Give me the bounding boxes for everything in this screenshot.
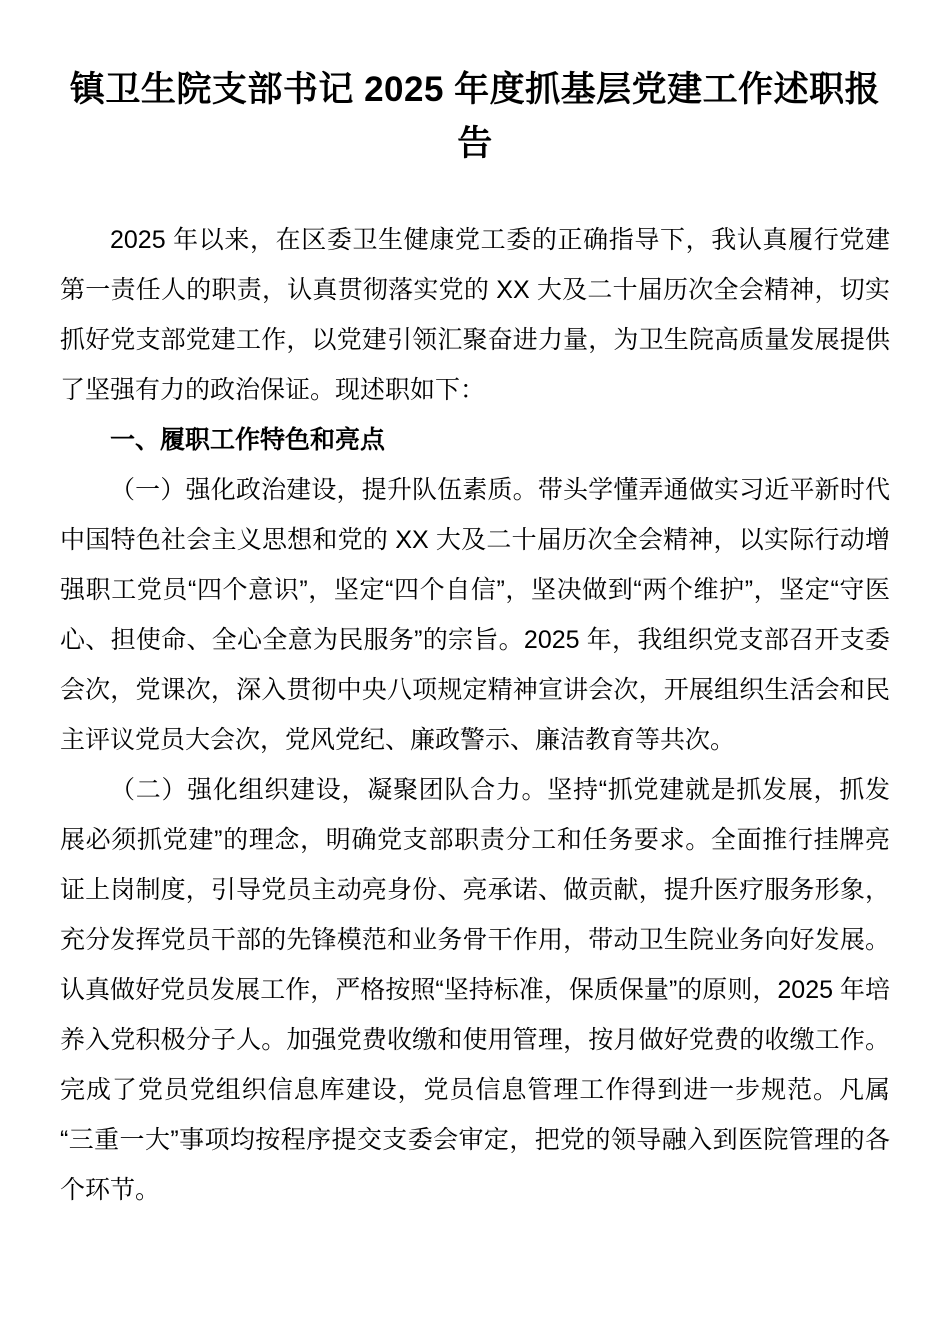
document-page: 镇卫生院支部书记 2025 年度抓基层党建工作述职报 告 2025 年以来，在区… bbox=[0, 0, 950, 1344]
title-line-1: 镇卫生院支部书记 2025 年度抓基层党建工作述职报 bbox=[60, 63, 890, 117]
document-body: 2025 年以来，在区委卫生健康党工委的正确指导下，我认真履行党建第一责任人的职… bbox=[60, 215, 890, 1215]
paragraph-intro: 2025 年以来，在区委卫生健康党工委的正确指导下，我认真履行党建第一责任人的职… bbox=[60, 215, 890, 415]
paragraph-point-1: （一）强化政治建设，提升队伍素质。带头学懂弄通做实习近平新时代中国特色社会主义思… bbox=[60, 465, 890, 765]
paragraph-point-2: （二）强化组织建设，凝聚团队合力。坚持“抓党建就是抓发展，抓发展必须抓党建”的理… bbox=[60, 765, 890, 1215]
section-heading-1: 一、履职工作特色和亮点 bbox=[60, 415, 890, 465]
title-line-2: 告 bbox=[60, 117, 890, 171]
document-title: 镇卫生院支部书记 2025 年度抓基层党建工作述职报 告 bbox=[60, 63, 890, 171]
